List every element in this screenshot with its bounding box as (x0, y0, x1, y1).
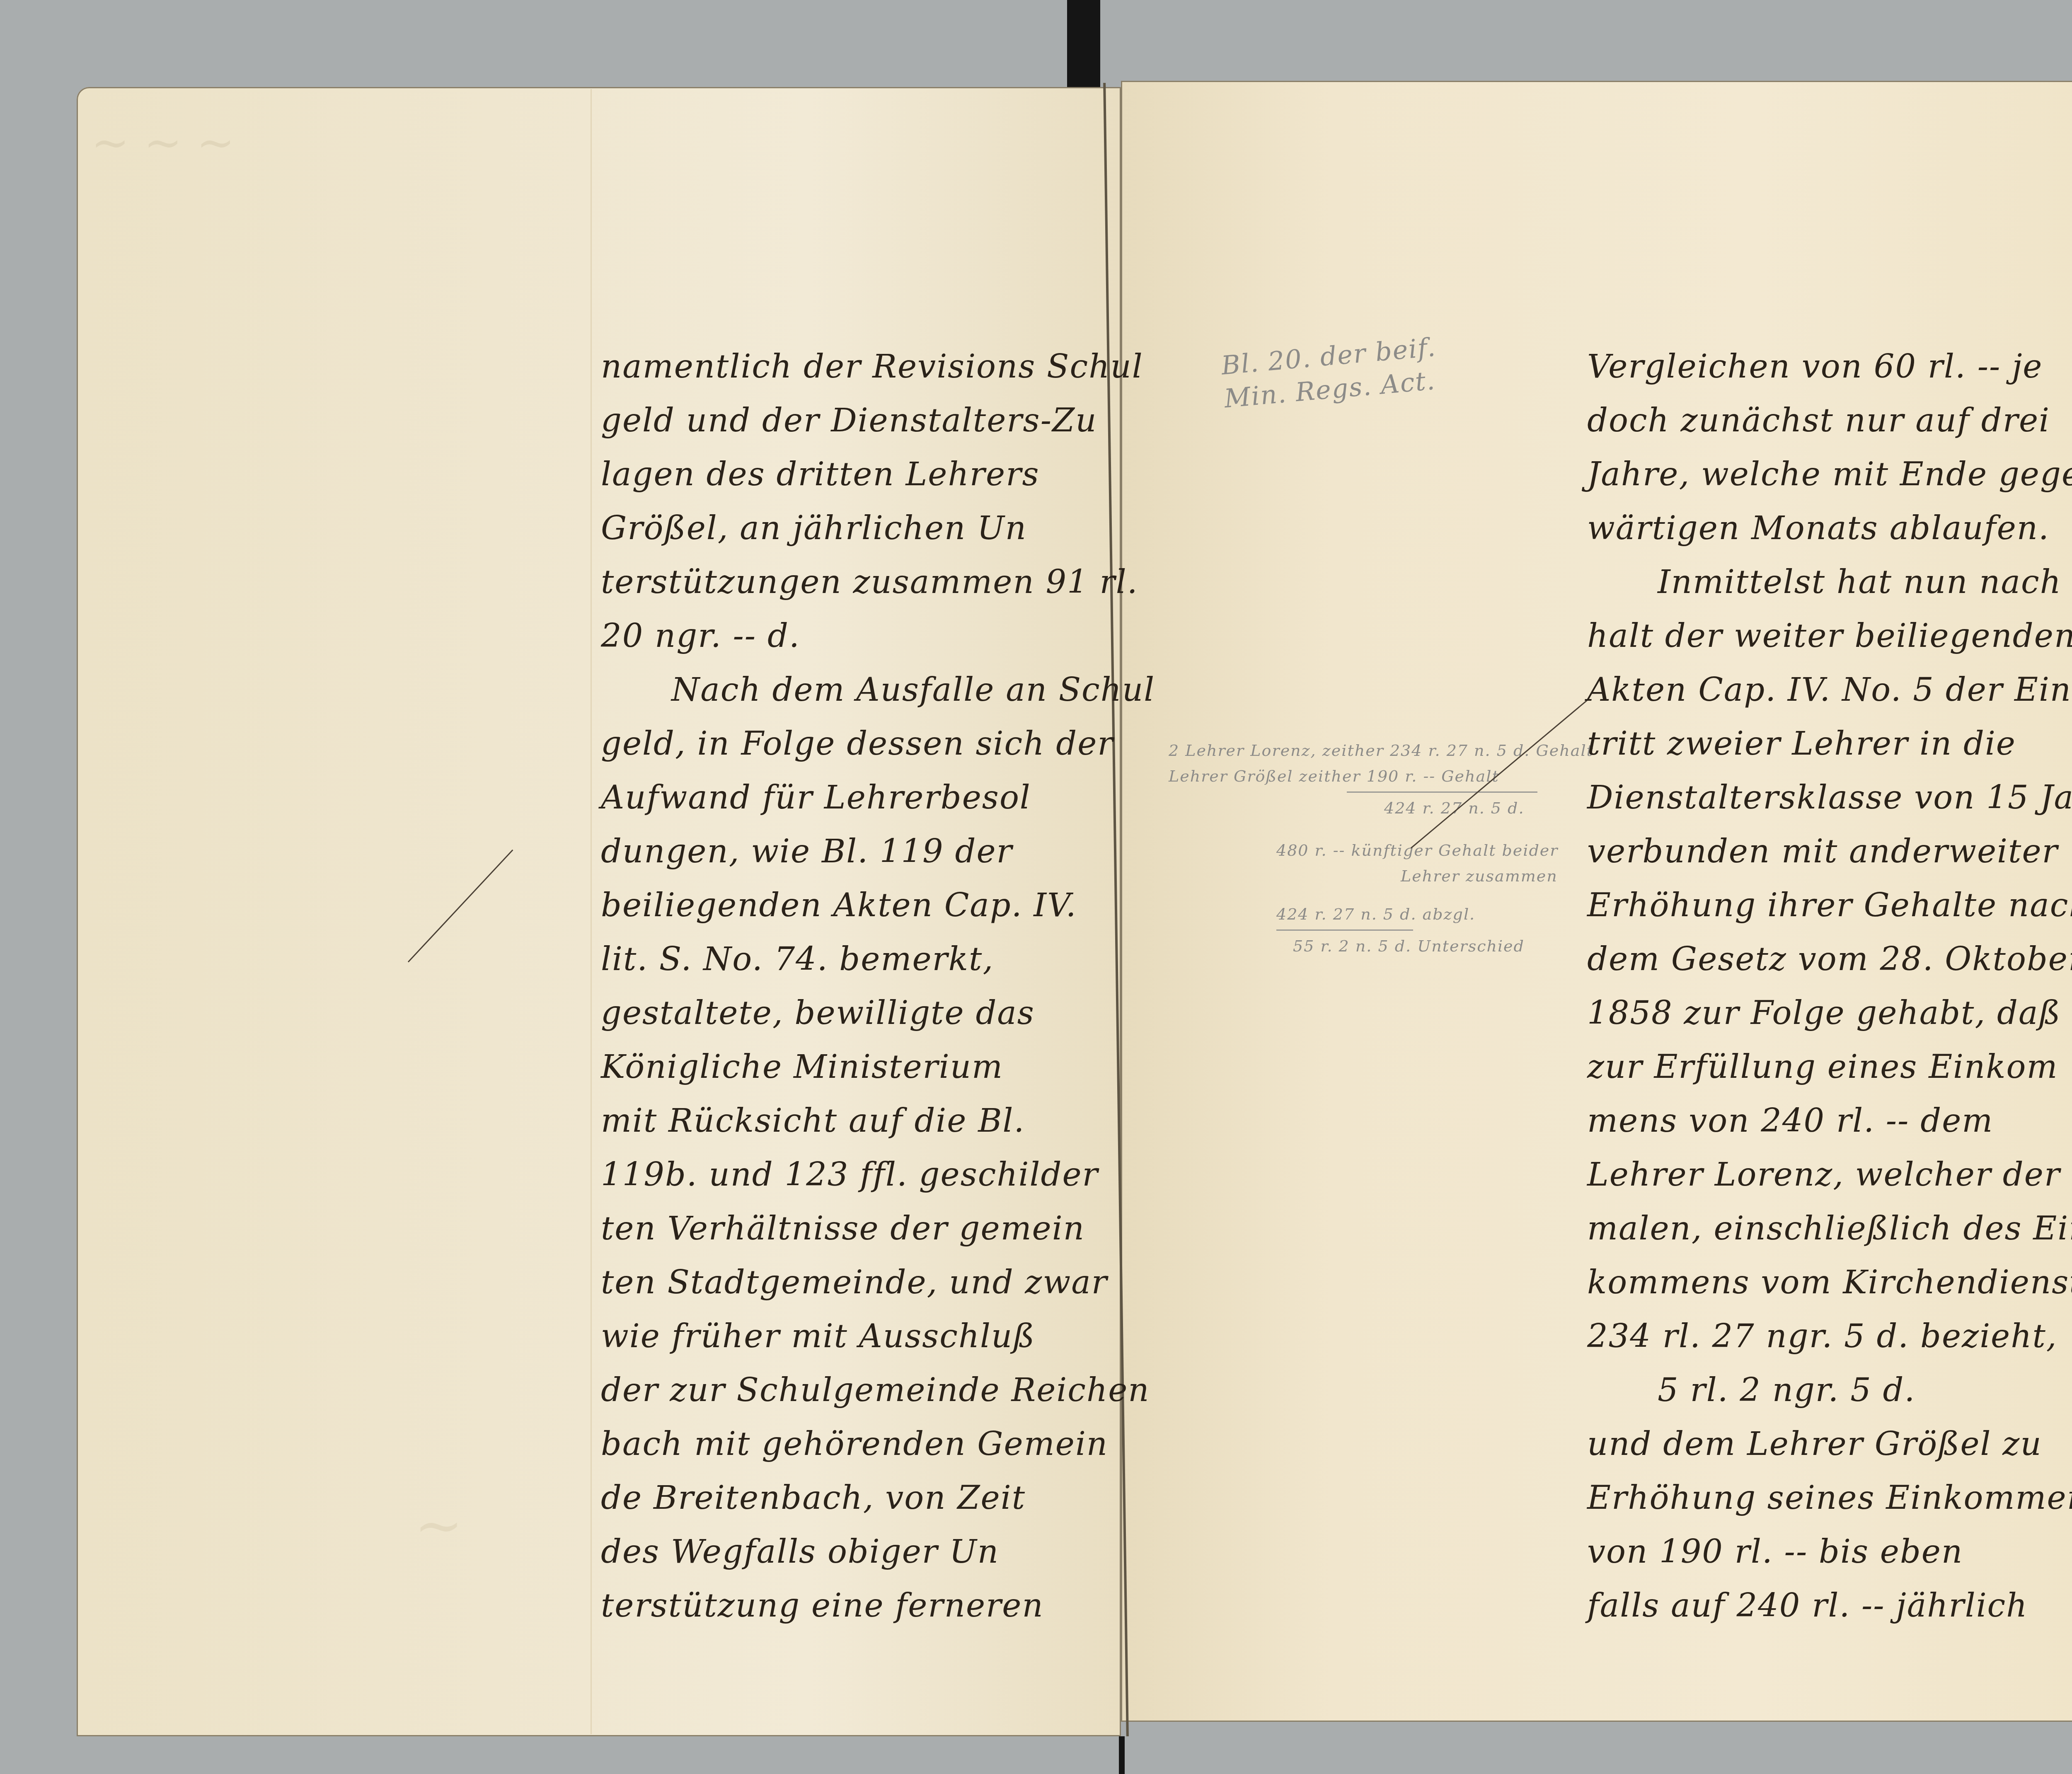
text-line: Erhöhung ihrer Gehalte nach (1587, 879, 2072, 932)
text-line: wie früher mit Ausschluß (601, 1309, 1115, 1363)
text-line: Akten Cap. IV. No. 5 der Ein (1587, 663, 2072, 717)
text-line: von 190 rl. -- bis eben (1587, 1525, 2072, 1579)
calc-line: Lehrer zusammen (1169, 863, 1604, 889)
text-line: ten Verhältnisse der gemein (601, 1202, 1115, 1256)
text-line: dungen, wie Bl. 119 der (601, 825, 1115, 879)
text-line: lit. S. No. 74. bemerkt, (601, 932, 1115, 986)
binding-spine-top (1067, 0, 1100, 95)
calc-diff-rule (1276, 929, 1413, 931)
text-line: Königliche Ministerium (601, 1040, 1115, 1094)
text-line: 234 rl. 27 ngr. 5 d. bezieht, (1587, 1309, 2072, 1363)
calc-sum: 424 r. 27 n. 5 d. (1169, 795, 1604, 821)
text-line: terstützungen zusammen 91 rl. (601, 555, 1115, 609)
calc-line: 480 r. -- künftiger Gehalt beider (1169, 837, 1604, 863)
text-line: Inmittelst hat nun nach In (1587, 555, 2072, 609)
text-line: falls auf 240 rl. -- jährlich (1587, 1579, 2072, 1633)
text-line: Größel, an jährlichen Un (601, 501, 1115, 555)
text-line: zur Erfüllung eines Einkom (1587, 1040, 2072, 1094)
calc-sum-rule (1347, 791, 1537, 793)
text-line: Lehrer Lorenz, welcher der (1587, 1148, 2072, 1202)
pencil-calculation: 2 Lehrer Lorenz, zeither 234 r. 27 n. 5 … (1169, 738, 1604, 959)
text-line: und dem Lehrer Größel zu (1587, 1417, 2072, 1471)
right-page-text: Vergleichen von 60 rl. -- je doch zunäch… (1587, 340, 2072, 1633)
text-line: mit Rücksicht auf die Bl. (601, 1094, 1115, 1148)
text-line: Jahre, welche mit Ende gegen (1587, 448, 2072, 501)
text-line: malen, einschließlich des Ein (1587, 1202, 2072, 1256)
text-line: Nach dem Ausfalle an Schul (601, 663, 1115, 717)
text-line: beiliegenden Akten Cap. IV. (601, 879, 1115, 932)
text-line: dem Gesetz vom 28. Oktober (1587, 932, 2072, 986)
text-line: kommens vom Kirchendienst, (1587, 1256, 2072, 1309)
text-line: des Wegfalls obiger Un (601, 1525, 1115, 1579)
text-line: ten Stadtgemeinde, und zwar (601, 1256, 1115, 1309)
text-line: doch zunächst nur auf drei (1587, 394, 2072, 448)
text-line: namentlich der Revisions Schul (601, 340, 1115, 394)
text-line: 1858 zur Folge gehabt, daß (1587, 986, 2072, 1040)
faint-stamp-mark: ~ (414, 1492, 463, 1559)
text-line: de Breitenbach, von Zeit (601, 1471, 1115, 1525)
bleed-through-mark: ~ ~ ~ (91, 116, 235, 169)
text-line: der zur Schulgemeinde Reichen (601, 1363, 1115, 1417)
left-page-fold-line (591, 89, 592, 1734)
text-line: mens von 240 rl. -- dem (1587, 1094, 2072, 1148)
text-line: gestaltete, bewilligte das (601, 986, 1115, 1040)
text-line: tritt zweier Lehrer in die (1587, 717, 2072, 771)
calc-line: 424 r. 27 n. 5 d. abzgl. (1169, 901, 1604, 927)
text-line: Vergleichen von 60 rl. -- je (1587, 340, 2072, 394)
text-line: 5 rl. 2 ngr. 5 d. (1587, 1363, 2072, 1417)
text-line: 119b. und 123 ffl. geschilder (601, 1148, 1115, 1202)
text-line: wärtigen Monats ablaufen. (1587, 501, 2072, 555)
text-line: geld, in Folge dessen sich der (601, 717, 1115, 771)
calc-diff: 55 r. 2 n. 5 d. Unterschied (1169, 933, 1604, 959)
left-page-text: namentlich der Revisions Schul geld und … (601, 340, 1115, 1633)
text-line: verbunden mit anderweiter (1587, 825, 2072, 879)
text-line: bach mit gehörenden Gemein (601, 1417, 1115, 1471)
text-line: lagen des dritten Lehrers (601, 448, 1115, 501)
text-line: Erhöhung seines Einkommens (1587, 1471, 2072, 1525)
text-line: Dienstaltersklasse von 15 Jahren (1587, 771, 2072, 825)
text-line: Aufwand für Lehrerbesol (601, 771, 1115, 825)
text-line: 20 ngr. -- d. (601, 609, 1115, 663)
calc-line: Lehrer Größel zeither 190 r. -- Gehalt (1169, 763, 1604, 789)
text-line: halt der weiter beiliegenden (1587, 609, 2072, 663)
text-line: terstützung eine ferneren (601, 1579, 1115, 1633)
binding-spine-bottom (1119, 1736, 1125, 1774)
text-line: geld und der Dienstalters-Zu (601, 394, 1115, 448)
